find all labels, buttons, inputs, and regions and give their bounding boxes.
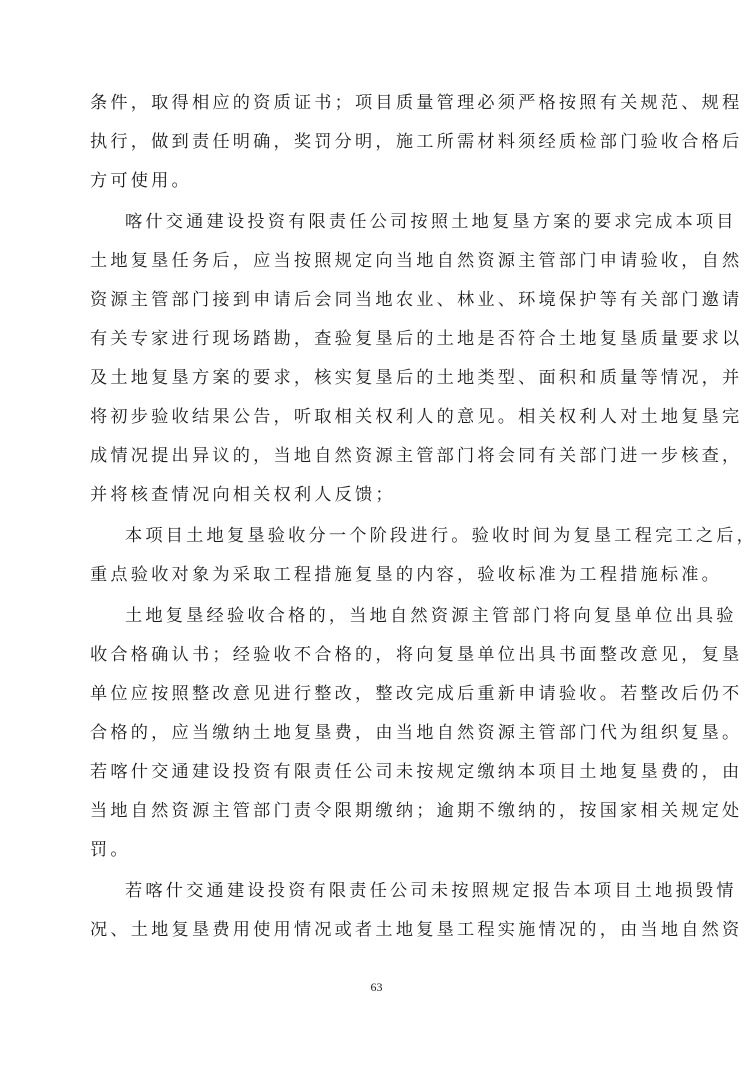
paragraph-0-line-0: 条件，取得相应的资质证书；项目质量管理必须严格按照有关规范、规程 — [90, 91, 670, 115]
paragraph-3-line-2: 单位应按照整改意见进行整改，整改完成后重新申请验收。若整改后仍不 — [90, 682, 670, 706]
paragraph-4-line-0: 若喀什交通建设投资有限责任公司未按照规定报告本项目土地损毁情 — [125, 879, 670, 903]
paragraph-3-line-0: 土地复垦经验收合格的，当地自然资源主管部门将向复垦单位出具验 — [125, 604, 670, 628]
page-number: 63 — [0, 980, 753, 995]
paragraph-3-line-5: 当地自然资源主管部门责令限期缴纳；逾期不缴纳的，按国家相关规定处 — [90, 799, 670, 823]
paragraph-1-line-3: 有关专家进行现场踏勘，查验复垦后的土地是否符合土地复垦质量要求以 — [90, 327, 670, 351]
paragraph-2-line-1: 重点验收对象为采取工程措施复垦的内容，验收标准为工程措施标准。 — [90, 563, 670, 587]
paragraph-1-line-5: 将初步验收结果公告，听取相关权利人的意见。相关权利人对土地复垦完 — [90, 405, 670, 429]
paragraph-3-line-3: 合格的，应当缴纳土地复垦费，由当地自然资源主管部门代为组织复垦。 — [90, 721, 670, 745]
paragraph-0-line-1: 执行，做到责任明确，奖罚分明，施工所需材料须经质检部门验收合格后 — [90, 130, 670, 154]
paragraph-3-line-1: 收合格确认书；经验收不合格的，将向复垦单位出具书面整改意见，复垦 — [90, 643, 670, 667]
paragraph-3-line-4: 若喀什交通建设投资有限责任公司未按规定缴纳本项目土地复垦费的，由 — [90, 760, 670, 784]
paragraph-1-line-1: 土地复垦任务后，应当按照规定向当地自然资源主管部门申请验收，自然 — [90, 249, 670, 273]
paragraph-0-line-2: 方可使用。 — [90, 169, 670, 193]
paragraph-1-line-0: 喀什交通建设投资有限责任公司按照土地复垦方案的要求完成本项目 — [125, 210, 670, 234]
paragraph-1-line-2: 资源主管部门接到申请后会同当地农业、林业、环境保护等有关部门邀请 — [90, 288, 670, 312]
paragraph-1-line-7: 并将核查情况向相关权利人反馈； — [90, 483, 670, 507]
paragraph-1-line-4: 及土地复垦方案的要求，核实复垦后的土地类型、面积和质量等情况，并 — [90, 366, 670, 390]
paragraph-1-line-6: 成情况提出异议的，当地自然资源主管部门将会同有关部门进一步核查， — [90, 444, 670, 468]
paragraph-4-line-1: 况、土地复垦费用使用情况或者土地复垦工程实施情况的，由当地自然资 — [90, 918, 670, 942]
paragraph-3-line-6: 罚。 — [90, 838, 670, 862]
paragraph-2-line-0: 本项目土地复垦验收分一个阶段进行。验收时间为复垦工程完工之后， — [125, 524, 670, 548]
document-page: 条件，取得相应的资质证书；项目质量管理必须严格按照有关规范、规程 执行，做到责任… — [0, 0, 753, 1066]
